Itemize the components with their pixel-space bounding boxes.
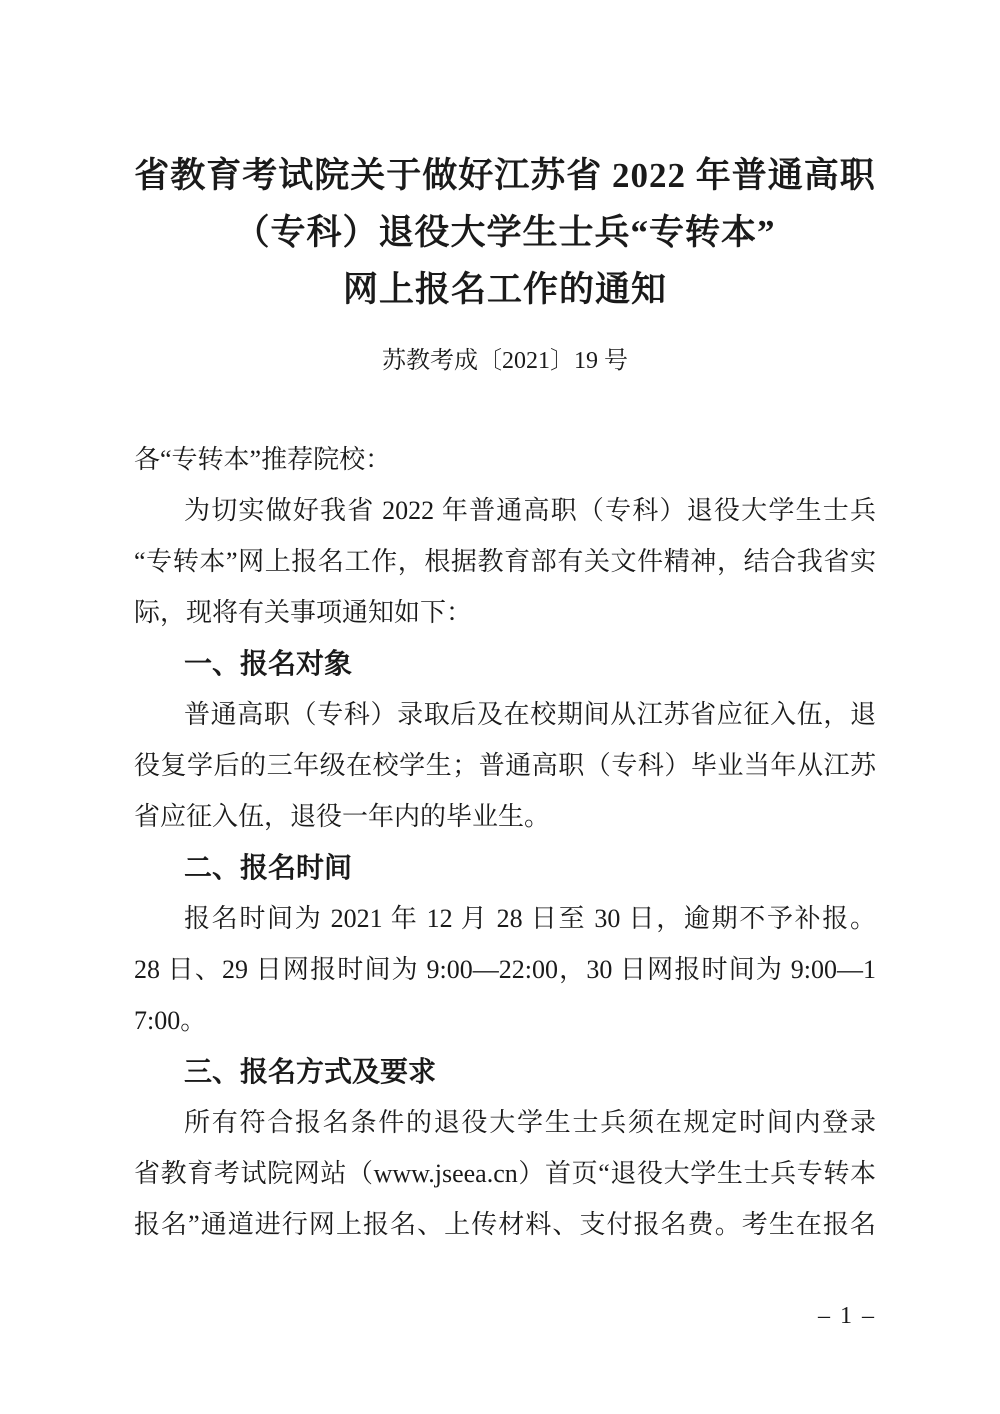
section-heading: 一、报名对象 [134,638,876,689]
body-line: 为切实做好我省 2022 年普通高职（专科）退役大学生士兵 [134,485,876,536]
title-line: 网上报名工作的通知 [134,261,876,318]
body-line: 役复学后的三年级在校学生；普通高职（专科）毕业当年从江苏 [134,740,876,791]
body-line: 省教育考试院网站（www.jseea.cn）首页“退役大学生士兵专转本 [134,1148,876,1199]
section-heading: 三、报名方式及要求 [134,1046,876,1097]
document-body: 各“专转本”推荐院校： 为切实做好我省 2022 年普通高职（专科）退役大学生士… [134,434,876,1250]
document-number: 苏教考成〔2021〕19 号 [134,343,876,379]
body-line: 际，现将有关事项通知如下： [134,587,876,638]
title-line: 省教育考试院关于做好江苏省 2022 年普通高职 [134,147,876,204]
document-title: 省教育考试院关于做好江苏省 2022 年普通高职 （专科）退役大学生士兵“专转本… [134,147,876,318]
section-heading: 二、报名时间 [134,842,876,893]
body-line: 省应征入伍，退役一年内的毕业生。 [134,791,876,842]
body-line: 普通高职（专科）录取后及在校期间从江苏省应征入伍，退 [134,689,876,740]
document-page: 省教育考试院关于做好江苏省 2022 年普通高职 （专科）退役大学生士兵“专转本… [0,0,1000,1414]
body-line: “专转本”网上报名工作，根据教育部有关文件精神，结合我省实 [134,536,876,587]
page-number: – 1 – [134,1300,876,1332]
body-line: 7:00。 [134,995,876,1046]
body-line: 所有符合报名条件的退役大学生士兵须在规定时间内登录 [134,1097,876,1148]
body-line: 28 日、29 日网报时间为 9:00—22:00，30 日网报时间为 9:00… [134,944,876,995]
salutation: 各“专转本”推荐院校： [134,434,876,485]
body-line: 报名时间为 2021 年 12 月 28 日至 30 日，逾期不予补报。 [134,893,876,944]
body-line: 报名”通道进行网上报名、上传材料、支付报名费。考生在报名 [134,1199,876,1250]
title-line: （专科）退役大学生士兵“专转本” [134,204,876,261]
